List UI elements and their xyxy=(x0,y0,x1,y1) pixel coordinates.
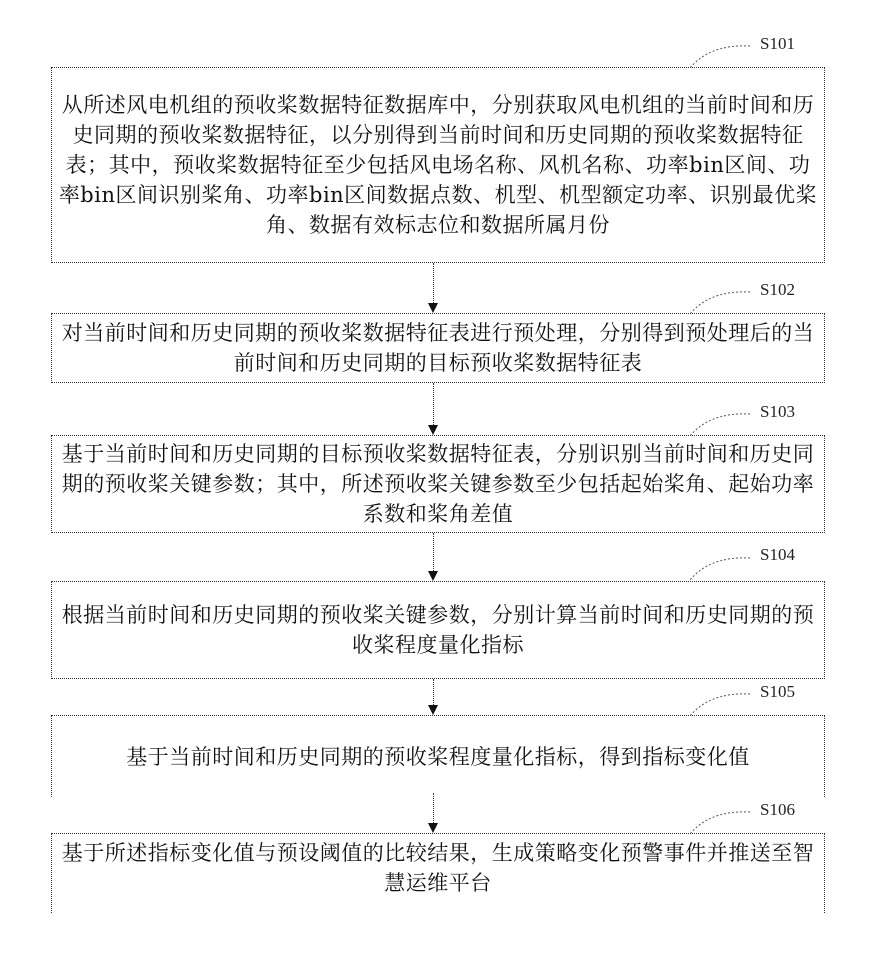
arrow-down-icon xyxy=(428,571,438,581)
step-text-s102: 对当前时间和历史同期的预收桨数据特征表进行预处理，分别得到预处理后的当前时间和历… xyxy=(58,318,818,378)
step-text-s105: 基于当前时间和历史同期的预收桨程度量化指标，得到指标变化值 xyxy=(126,742,750,772)
step-box-s102: 对当前时间和历史同期的预收桨数据特征表进行预处理，分别得到预处理后的当前时间和历… xyxy=(51,313,825,383)
step-label-s106: S106 xyxy=(760,800,795,820)
arrow-down-icon xyxy=(428,303,438,313)
connector-s101-s102 xyxy=(433,263,434,303)
step-label-s101: S101 xyxy=(760,34,795,54)
arrow-down-icon xyxy=(428,705,438,715)
leader-line-s102 xyxy=(680,284,760,316)
step-box-s104: 根据当前时间和历史同期的预收桨关键参数，分别计算当前时间和历史同期的预收桨程度量… xyxy=(51,581,825,679)
connector-s105-s106 xyxy=(433,793,434,823)
step-label-s102: S102 xyxy=(760,280,795,300)
leader-line-s105 xyxy=(680,686,760,718)
step-label-s105: S105 xyxy=(760,682,795,702)
step-box-s106: 基于所述指标变化值与预设阈值的比较结果，生成策略变化预警事件并推送至智慧运维平台 xyxy=(51,833,825,913)
step-box-s105: 基于当前时间和历史同期的预收桨程度量化指标，得到指标变化值 xyxy=(51,715,825,797)
step-text-s106: 基于所述指标变化值与预设阈值的比较结果，生成策略变化预警事件并推送至智慧运维平台 xyxy=(58,838,818,898)
leader-line-s106 xyxy=(680,804,760,836)
arrow-down-icon xyxy=(428,425,438,435)
step-label-s103: S103 xyxy=(760,402,795,422)
step-label-s104: S104 xyxy=(760,545,795,565)
step-text-s103: 基于当前时间和历史同期的目标预收桨数据特征表，分别识别当前时间和历史同期的预收桨… xyxy=(58,439,818,529)
step-box-s103: 基于当前时间和历史同期的目标预收桨数据特征表，分别识别当前时间和历史同期的预收桨… xyxy=(51,435,825,533)
leader-line-s103 xyxy=(680,406,760,438)
step-text-s104: 根据当前时间和历史同期的预收桨关键参数，分别计算当前时间和历史同期的预收桨程度量… xyxy=(58,600,818,660)
arrow-down-icon xyxy=(428,823,438,833)
leader-line-s104 xyxy=(680,550,760,582)
leader-line-s101 xyxy=(680,38,760,70)
step-box-s101: 从所述风电机组的预收桨数据特征数据库中，分别获取风电机组的当前时间和历史同期的预… xyxy=(51,67,825,263)
step-text-s101: 从所述风电机组的预收桨数据特征数据库中，分别获取风电机组的当前时间和历史同期的预… xyxy=(58,90,818,240)
connector-s103-s104 xyxy=(433,533,434,571)
connector-s102-s103 xyxy=(433,383,434,425)
connector-s104-s105 xyxy=(433,679,434,705)
